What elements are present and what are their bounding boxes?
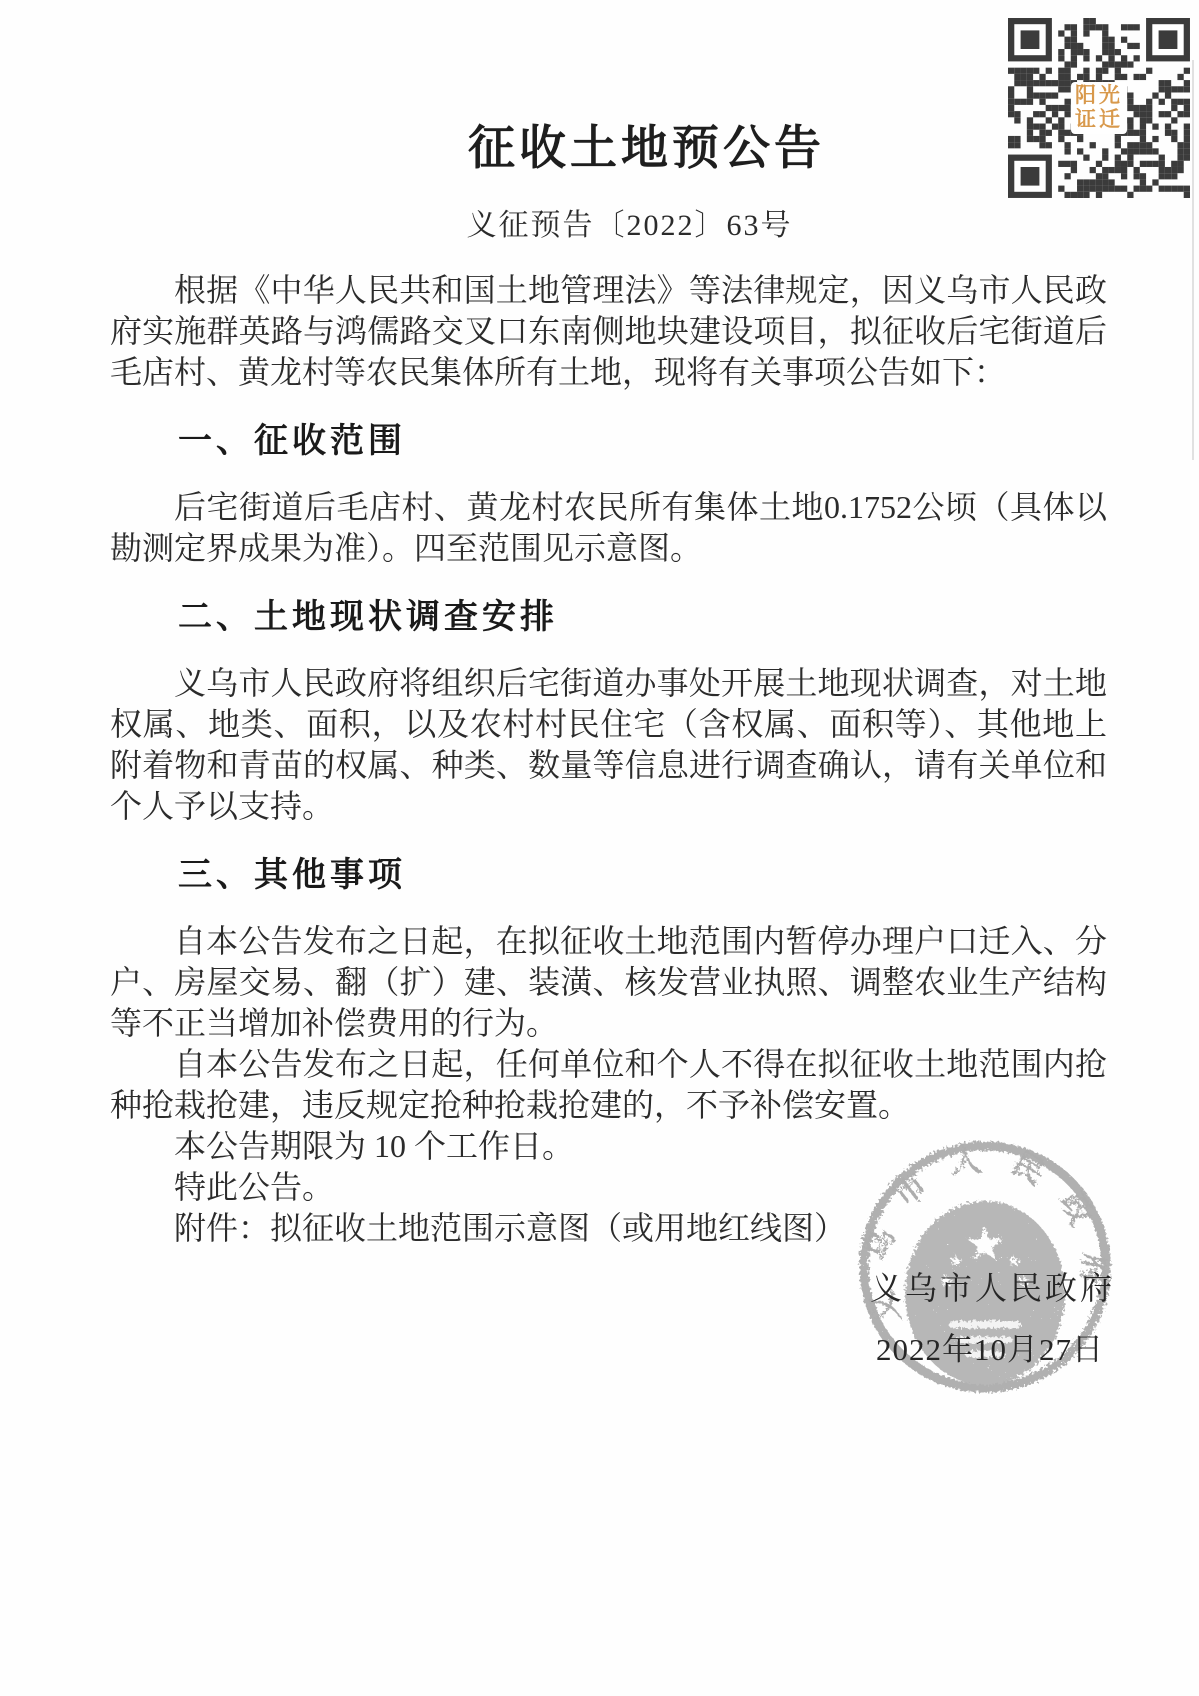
signature: 义乌市人民政府 [870,1268,1115,1308]
section-2-heading: 二、土地现状调查安排 [110,595,1107,639]
section-2-paragraph-1: 义乌市人民政府将组织后宅街道办事处开展土地现状调查，对土地权属、地类、面积，以及… [110,663,1107,827]
document-title: 征收土地预公告 [94,120,1199,178]
intro-paragraph: 根据《中华人民共和国土地管理法》等法律规定，因义乌市人民政府实施群英路与鸿儒路交… [110,270,1107,393]
section-3-paragraph-2: 自本公告发布之日起，任何单位和个人不得在拟征收土地范围内抢种抢栽抢建，违反规定抢… [110,1044,1107,1126]
date: 2022年10月27日 [876,1330,1104,1370]
qr-label-line1: 阳光 [1075,84,1123,108]
section-1-heading: 一、征收范围 [110,419,1107,463]
section-3-paragraph-1: 自本公告发布之日起，在拟征收土地范围内暂停办理户口迁入、分户、房屋交易、翻（扩）… [110,921,1107,1044]
document-body: 根据《中华人民共和国土地管理法》等法律规定，因义乌市人民政府实施群英路与鸿儒路交… [110,270,1107,1249]
section-1-paragraph-1: 后宅街道后毛店村、黄龙村农民所有集体土地0.1752公顷（具体以勘测定界成果为准… [110,487,1107,569]
section-3-heading: 三、其他事项 [110,853,1107,897]
document-page: 阳光 证迁 征收土地预公告 义征预告〔2022〕63号 根据《中华人民共和国土地… [0,0,1199,1696]
document-number: 义征预告〔2022〕63号 [60,206,1199,246]
